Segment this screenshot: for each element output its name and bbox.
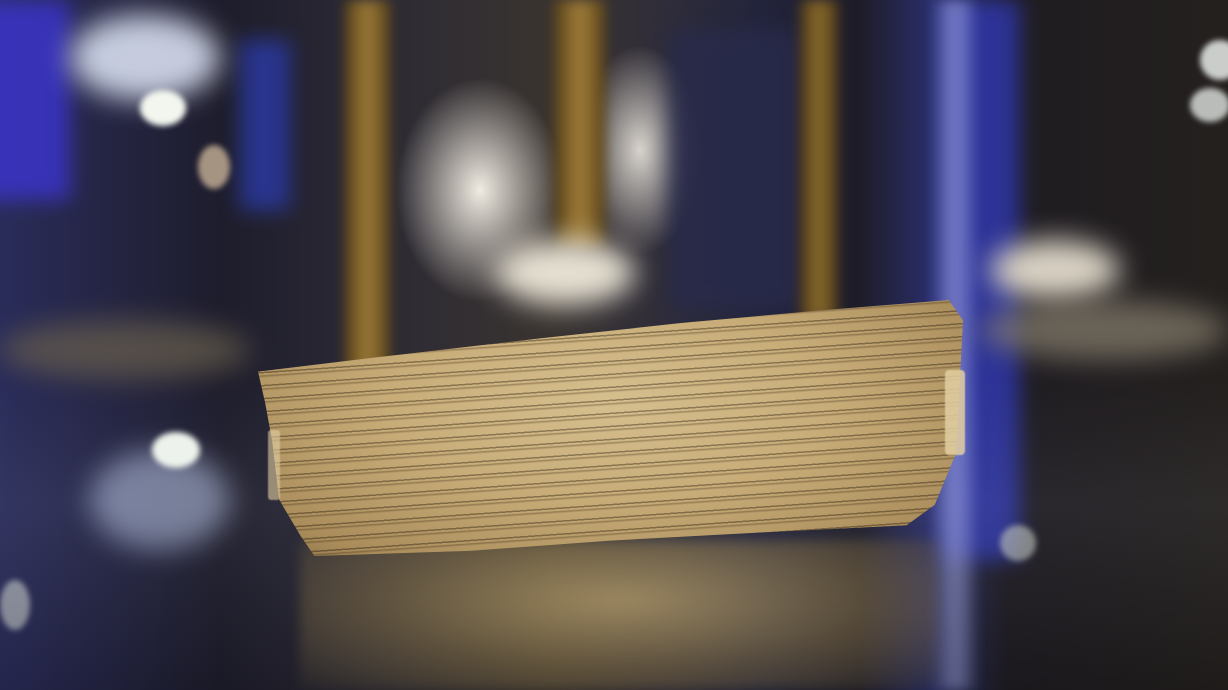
gold-pillar-1 <box>345 0 390 380</box>
dark-panel-center <box>670 30 800 310</box>
scroll-torn-edge <box>268 430 280 500</box>
bokeh-light <box>140 90 186 126</box>
gold-pillar-3 <box>800 0 838 320</box>
blue-panel-left <box>0 0 70 200</box>
gold-pillar-2 <box>555 0 605 250</box>
bokeh-light <box>198 145 230 189</box>
white-object-right <box>990 240 1120 300</box>
bokeh-light <box>1200 40 1228 80</box>
white-object-center <box>495 240 635 305</box>
blue-panel-center <box>240 40 290 210</box>
shelf-right <box>980 300 1228 360</box>
light-glow-left <box>70 15 220 100</box>
scroll-curl-edge <box>945 370 965 455</box>
manuscript-reflection <box>300 540 940 690</box>
museum-photo: Rolled handwritten manuscript scroll dis… <box>0 0 1228 690</box>
bokeh-light <box>1190 88 1228 122</box>
shelf-left <box>0 320 250 380</box>
